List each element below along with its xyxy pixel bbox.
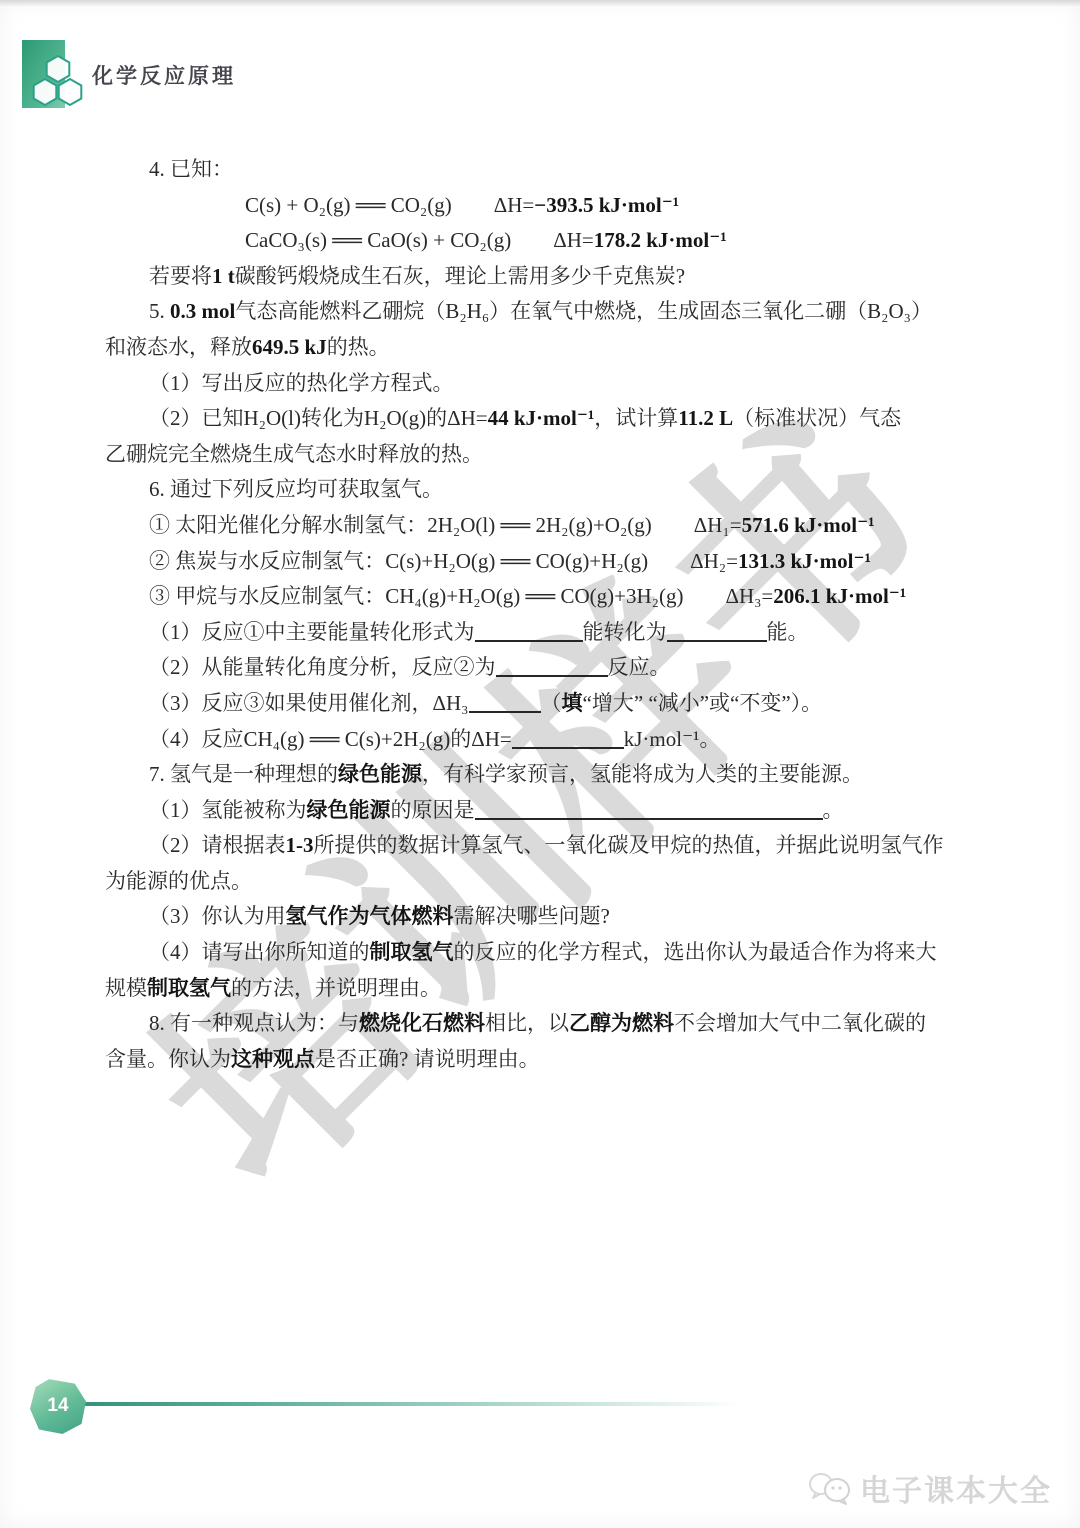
text-run: 的方法，并说明理由。 <box>231 976 441 1000</box>
text-run: 若要将 <box>149 264 212 288</box>
text-run: 649.5 kJ <box>252 335 327 359</box>
text-run: 6. 通过下列反应均可获取氢气。 <box>149 477 443 501</box>
text-run: ③ 甲烷与水反应制氢气：CH₄(g)+H₂O(g) ══ CO(g)+3H₂(g… <box>149 584 773 608</box>
text-run: 1-3 <box>286 833 314 857</box>
text-run: 131.3 kJ·mol⁻¹ <box>738 549 871 573</box>
text-run: 4. 已知： <box>149 157 233 181</box>
text-run: 7. 氢气是一种理想的 <box>149 762 338 786</box>
text-run: 和液态水，释放 <box>105 335 252 359</box>
text-run: 不会增加大气中二氧化碳的 <box>674 1011 926 1035</box>
text-run: 这种观点 <box>231 1047 315 1071</box>
text-run: “增大” “减小”或“不变”）。 <box>583 691 823 715</box>
text-line: 规模制取氢气的方法，并说明理由。 <box>105 971 991 1007</box>
text-run: 需解决哪些问题? <box>454 904 610 928</box>
text-line: 若要将1 t碳酸钙煅烧成生石灰，理论上需用多少千克焦炭? <box>105 259 991 295</box>
text-run: 乙醇为燃料 <box>569 1011 674 1035</box>
fill-in-blank <box>667 623 767 642</box>
text-run: 178.2 kJ·mol⁻¹ <box>594 228 727 252</box>
text-run: ① 太阳光催化分解水制氢气：2H₂O(l) ══ 2H₂(g)+O₂(g) ΔH… <box>149 513 742 537</box>
text-run: （1）氢能被称为 <box>149 798 307 822</box>
text-run: 规模 <box>105 976 147 1000</box>
text-line: ② 焦炭与水反应制氢气：C(s)+H₂O(g) ══ CO(g)+H₂(g) Δ… <box>105 544 991 580</box>
text-run: ，试计算 <box>594 406 678 430</box>
text-run: 制取氢气 <box>147 976 231 1000</box>
text-line: 6. 通过下列反应均可获取氢气。 <box>105 472 991 508</box>
text-run: （1）反应①中主要能量转化形式为 <box>149 620 475 644</box>
text-run: 的反应的化学方程式，选出你认为最适合作为将来大 <box>454 940 937 964</box>
text-line: （3）反应③如果使用催化剂，ΔH₃（填“增大” “减小”或“不变”）。 <box>105 686 991 722</box>
text-run: 所提供的数据计算氢气、一氧化碳及甲烷的热值，并据此说明氢气作 <box>314 833 944 857</box>
text-line: 乙硼烷完全燃烧生成气态水时释放的热。 <box>105 437 991 473</box>
text-line: ③ 甲烷与水反应制氢气：CH₄(g)+H₂O(g) ══ CO(g)+3H₂(g… <box>105 579 991 615</box>
text-line: 和液态水，释放649.5 kJ的热。 <box>105 330 991 366</box>
footer-rule <box>80 1402 742 1406</box>
text-run: （3）反应③如果使用催化剂，ΔH₃ <box>149 691 469 715</box>
text-line: C(s) + O₂(g) ══ CO₂(g) ΔH=−393.5 kJ·mol⁻… <box>105 188 991 224</box>
scan-edge <box>0 0 1080 7</box>
text-line: 4. 已知： <box>105 152 991 188</box>
fill-in-blank <box>475 801 823 820</box>
text-run: 相比，以 <box>485 1011 569 1035</box>
text-run: （2）请根据表 <box>149 833 286 857</box>
brand-watermark: 电子课本大全 <box>808 1466 1052 1510</box>
text-line: （4）反应CH₄(g) ══ C(s)+2H₂(g)的ΔH=kJ·mol⁻¹。 <box>105 722 991 758</box>
text-run: 含量。你认为 <box>105 1047 231 1071</box>
text-run: 571.6 kJ·mol⁻¹ <box>742 513 875 537</box>
fill-in-blank <box>496 659 608 678</box>
text-run: （标准状况）气态 <box>733 406 901 430</box>
text-line: （2）已知H₂O(l)转化为H₂O(g)的ΔH=44 kJ·mol⁻¹，试计算1… <box>105 401 991 437</box>
text-line: CaCO₃(s) ══ CaO(s) + CO₂(g) ΔH=178.2 kJ·… <box>105 223 991 259</box>
text-run: 绿色能源 <box>307 798 391 822</box>
text-run: 填 <box>562 691 583 715</box>
text-run: C(s) + O₂(g) ══ CO₂(g) ΔH= <box>245 193 534 217</box>
text-run: （2）从能量转化角度分析，反应②为 <box>149 655 496 679</box>
text-run: 燃烧化石燃料 <box>359 1011 485 1035</box>
content-lines: 4. 已知：C(s) + O₂(g) ══ CO₂(g) ΔH=−393.5 k… <box>105 152 991 1077</box>
text-line: （4）请写出你所知道的制取氢气的反应的化学方程式，选出你认为最适合作为将来大 <box>105 935 991 971</box>
text-line: （1）氢能被称为绿色能源的原因是。 <box>105 793 991 829</box>
brand-text: 电子课本大全 <box>860 1466 1052 1510</box>
text-line: 5. 0.3 mol气态高能燃料乙硼烷（B₂H₆）在氧气中燃烧，生成固态三氧化二… <box>105 294 991 330</box>
textbook-page: 化学反应原理 培训样书 4. 已知：C(s) + O₂(g) ══ CO₂(g)… <box>0 0 1080 1528</box>
page-number: 14 <box>47 1395 68 1417</box>
text-run: 11.2 L <box>678 406 733 430</box>
fill-in-blank <box>475 623 583 642</box>
text-line: （2）请根据表1-3所提供的数据计算氢气、一氧化碳及甲烷的热值，并据此说明氢气作 <box>105 828 991 864</box>
text-run: 的热。 <box>327 335 390 359</box>
text-run: （4）请写出你所知道的 <box>149 940 370 964</box>
text-run: 1 t <box>212 264 235 288</box>
text-run: ，有科学家预言，氢能将成为人类的主要能源。 <box>422 762 863 786</box>
fill-in-blank <box>512 730 624 749</box>
text-line: （1）反应①中主要能量转化形式为能转化为能。 <box>105 615 991 651</box>
text-run: 5. <box>149 299 170 323</box>
text-run: 44 kJ·mol⁻¹ <box>488 406 595 430</box>
text-run: 。 <box>823 798 844 822</box>
text-line: ① 太阳光催化分解水制氢气：2H₂O(l) ══ 2H₂(g)+O₂(g) ΔH… <box>105 508 991 544</box>
chat-bubbles-icon <box>808 1470 852 1506</box>
text-line: （1）写出反应的热化学方程式。 <box>105 366 991 402</box>
text-line: （3）你认为用氢气作为气体燃料需解决哪些问题? <box>105 899 991 935</box>
text-run: 绿色能源 <box>338 762 422 786</box>
fill-in-blank <box>469 694 541 713</box>
text-run: 206.1 kJ·mol⁻¹ <box>773 584 906 608</box>
text-run: 能转化为 <box>583 620 667 644</box>
text-run: （4）反应CH₄(g) ══ C(s)+2H₂(g)的ΔH= <box>149 727 512 751</box>
text-run: （2）已知H₂O(l)转化为H₂O(g)的ΔH= <box>149 406 488 430</box>
text-line: （2）从能量转化角度分析，反应②为反应。 <box>105 650 991 686</box>
text-run: CaCO₃(s) ══ CaO(s) + CO₂(g) ΔH= <box>245 228 594 252</box>
text-run: 为能源的优点。 <box>105 869 252 893</box>
text-run: 的原因是 <box>391 798 475 822</box>
text-run: 碳酸钙煅烧成生石灰，理论上需用多少千克焦炭? <box>235 264 685 288</box>
text-run: 乙硼烷完全燃烧生成气态水时释放的热。 <box>105 442 483 466</box>
text-run: 气态高能燃料乙硼烷（B₂H₆）在氧气中燃烧，生成固态三氧化二硼（B₂O₃） <box>235 299 932 323</box>
text-run: 能。 <box>767 620 809 644</box>
text-run: 氢气作为气体燃料 <box>286 904 454 928</box>
page-number-badge: 14 <box>30 1378 86 1434</box>
text-run: （1）写出反应的热化学方程式。 <box>149 371 454 395</box>
text-line: 为能源的优点。 <box>105 864 991 900</box>
text-run: ② 焦炭与水反应制氢气：C(s)+H₂O(g) ══ CO(g)+H₂(g) Δ… <box>149 549 738 573</box>
text-run: （3）你认为用 <box>149 904 286 928</box>
text-run: （ <box>541 691 562 715</box>
text-run: 是否正确? 请说明理由。 <box>315 1047 540 1071</box>
text-run: 制取氢气 <box>370 940 454 964</box>
hexagons-icon <box>30 50 90 114</box>
text-line: 8. 有一种观点认为：与燃烧化石燃料相比，以乙醇为燃料不会增加大气中二氧化碳的 <box>105 1006 991 1042</box>
text-line: 7. 氢气是一种理想的绿色能源，有科学家预言，氢能将成为人类的主要能源。 <box>105 757 991 793</box>
text-run: −393.5 kJ·mol⁻¹ <box>534 193 679 217</box>
text-run: 8. 有一种观点认为：与 <box>149 1011 359 1035</box>
book-title: 化学反应原理 <box>92 60 236 90</box>
text-line: 含量。你认为这种观点是否正确? 请说明理由。 <box>105 1042 991 1078</box>
text-run: 0.3 mol <box>170 299 235 323</box>
text-run: 反应。 <box>608 655 671 679</box>
text-run: kJ·mol⁻¹。 <box>624 727 721 751</box>
